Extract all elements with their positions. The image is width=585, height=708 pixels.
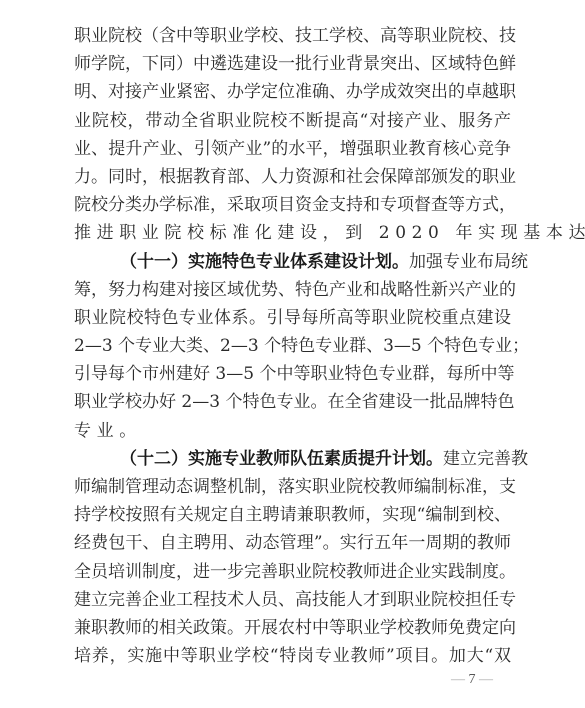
text-line: 全员培训制度，进一步完善职业院校教师进企业实践制度。 [74, 558, 511, 586]
text-span: 建立完善教 [443, 449, 528, 469]
text-line: 持学校按照有关规定自主聘请兼职教师，实现“编制到校、 [74, 501, 511, 529]
text-span: 加强专业布局统 [409, 252, 528, 272]
section-heading-12: （十二）实施专业教师队伍素质提升计划。 [120, 449, 443, 469]
text-line: 院校分类办学标准，采取项目资金支持和专项督查等方式， [74, 191, 511, 219]
text-line: 专业。 [74, 417, 511, 445]
text-line: 筹，努力构建对接区域优势、特色产业和战略性新兴产业的 [74, 276, 511, 304]
page-number: — 7 — [440, 672, 504, 688]
text-line: 引导每个市州建好 3—5 个中等职业特色专业群，每所中等 [74, 360, 511, 388]
text-line: 2—3 个专业大类、2—3 个特色专业群、3—5 个特色专业； [74, 332, 511, 360]
text-line: 建立完善企业工程技术人员、高技能人才到职业院校担任专 [74, 586, 511, 614]
text-line: 业院校，带动全省职业院校不断提高“对接产业、服务产 [74, 107, 511, 135]
text-line: 培养，实施中等职业学校“特岗专业教师”项目。加大“双 [74, 642, 511, 670]
text-line: 师编制管理动态调整机制，落实职业院校教师编制标准，支 [74, 473, 511, 501]
text-line: 业、提升产业、引领产业”的水平，增强职业教育核心竞争 [74, 135, 511, 163]
text-line: 力。同时，根据教育部、人力资源和社会保障部颁发的职业 [74, 163, 511, 191]
page-number-left-dash: — [451, 672, 465, 687]
page-number-value: 7 [469, 672, 476, 687]
section-heading-11: （十一）实施特色专业体系建设计划。 [120, 252, 409, 272]
text-line: 职业学校办好 2—3 个特色专业。在全省建设一批品牌特色 [74, 388, 511, 416]
text-line: 推进职业院校标准化建设，到 2020 年实现基本达标。 [74, 219, 511, 247]
text-line: 师学院，下同）中遴选建设一批行业背景突出、区域特色鲜 [74, 50, 511, 78]
text-line: 兼职教师的相关政策。开展农村中等职业学校教师免费定向 [74, 614, 511, 642]
text-line: 职业院校特色专业体系。引导每所高等职业院校重点建设 [74, 304, 511, 332]
section-11-first-line: （十一）实施特色专业体系建设计划。加强专业布局统 [74, 248, 511, 276]
document-page: 职业院校（含中等职业学校、技工学校、高等职业院校、技 师学院，下同）中遴选建设一… [0, 0, 585, 708]
text-line: 经费包干、自主聘用、动态管理”。实行五年一周期的教师 [74, 529, 511, 557]
section-12-first-line: （十二）实施专业教师队伍素质提升计划。建立完善教 [74, 445, 511, 473]
text-line: 明、对接产业紧密、办学定位准确、办学成效突出的卓越职 [74, 78, 511, 106]
body-text: 职业院校（含中等职业学校、技工学校、高等职业院校、技 师学院，下同）中遴选建设一… [74, 22, 511, 670]
page-number-right-dash: — [479, 672, 493, 687]
text-line: 职业院校（含中等职业学校、技工学校、高等职业院校、技 [74, 22, 511, 50]
